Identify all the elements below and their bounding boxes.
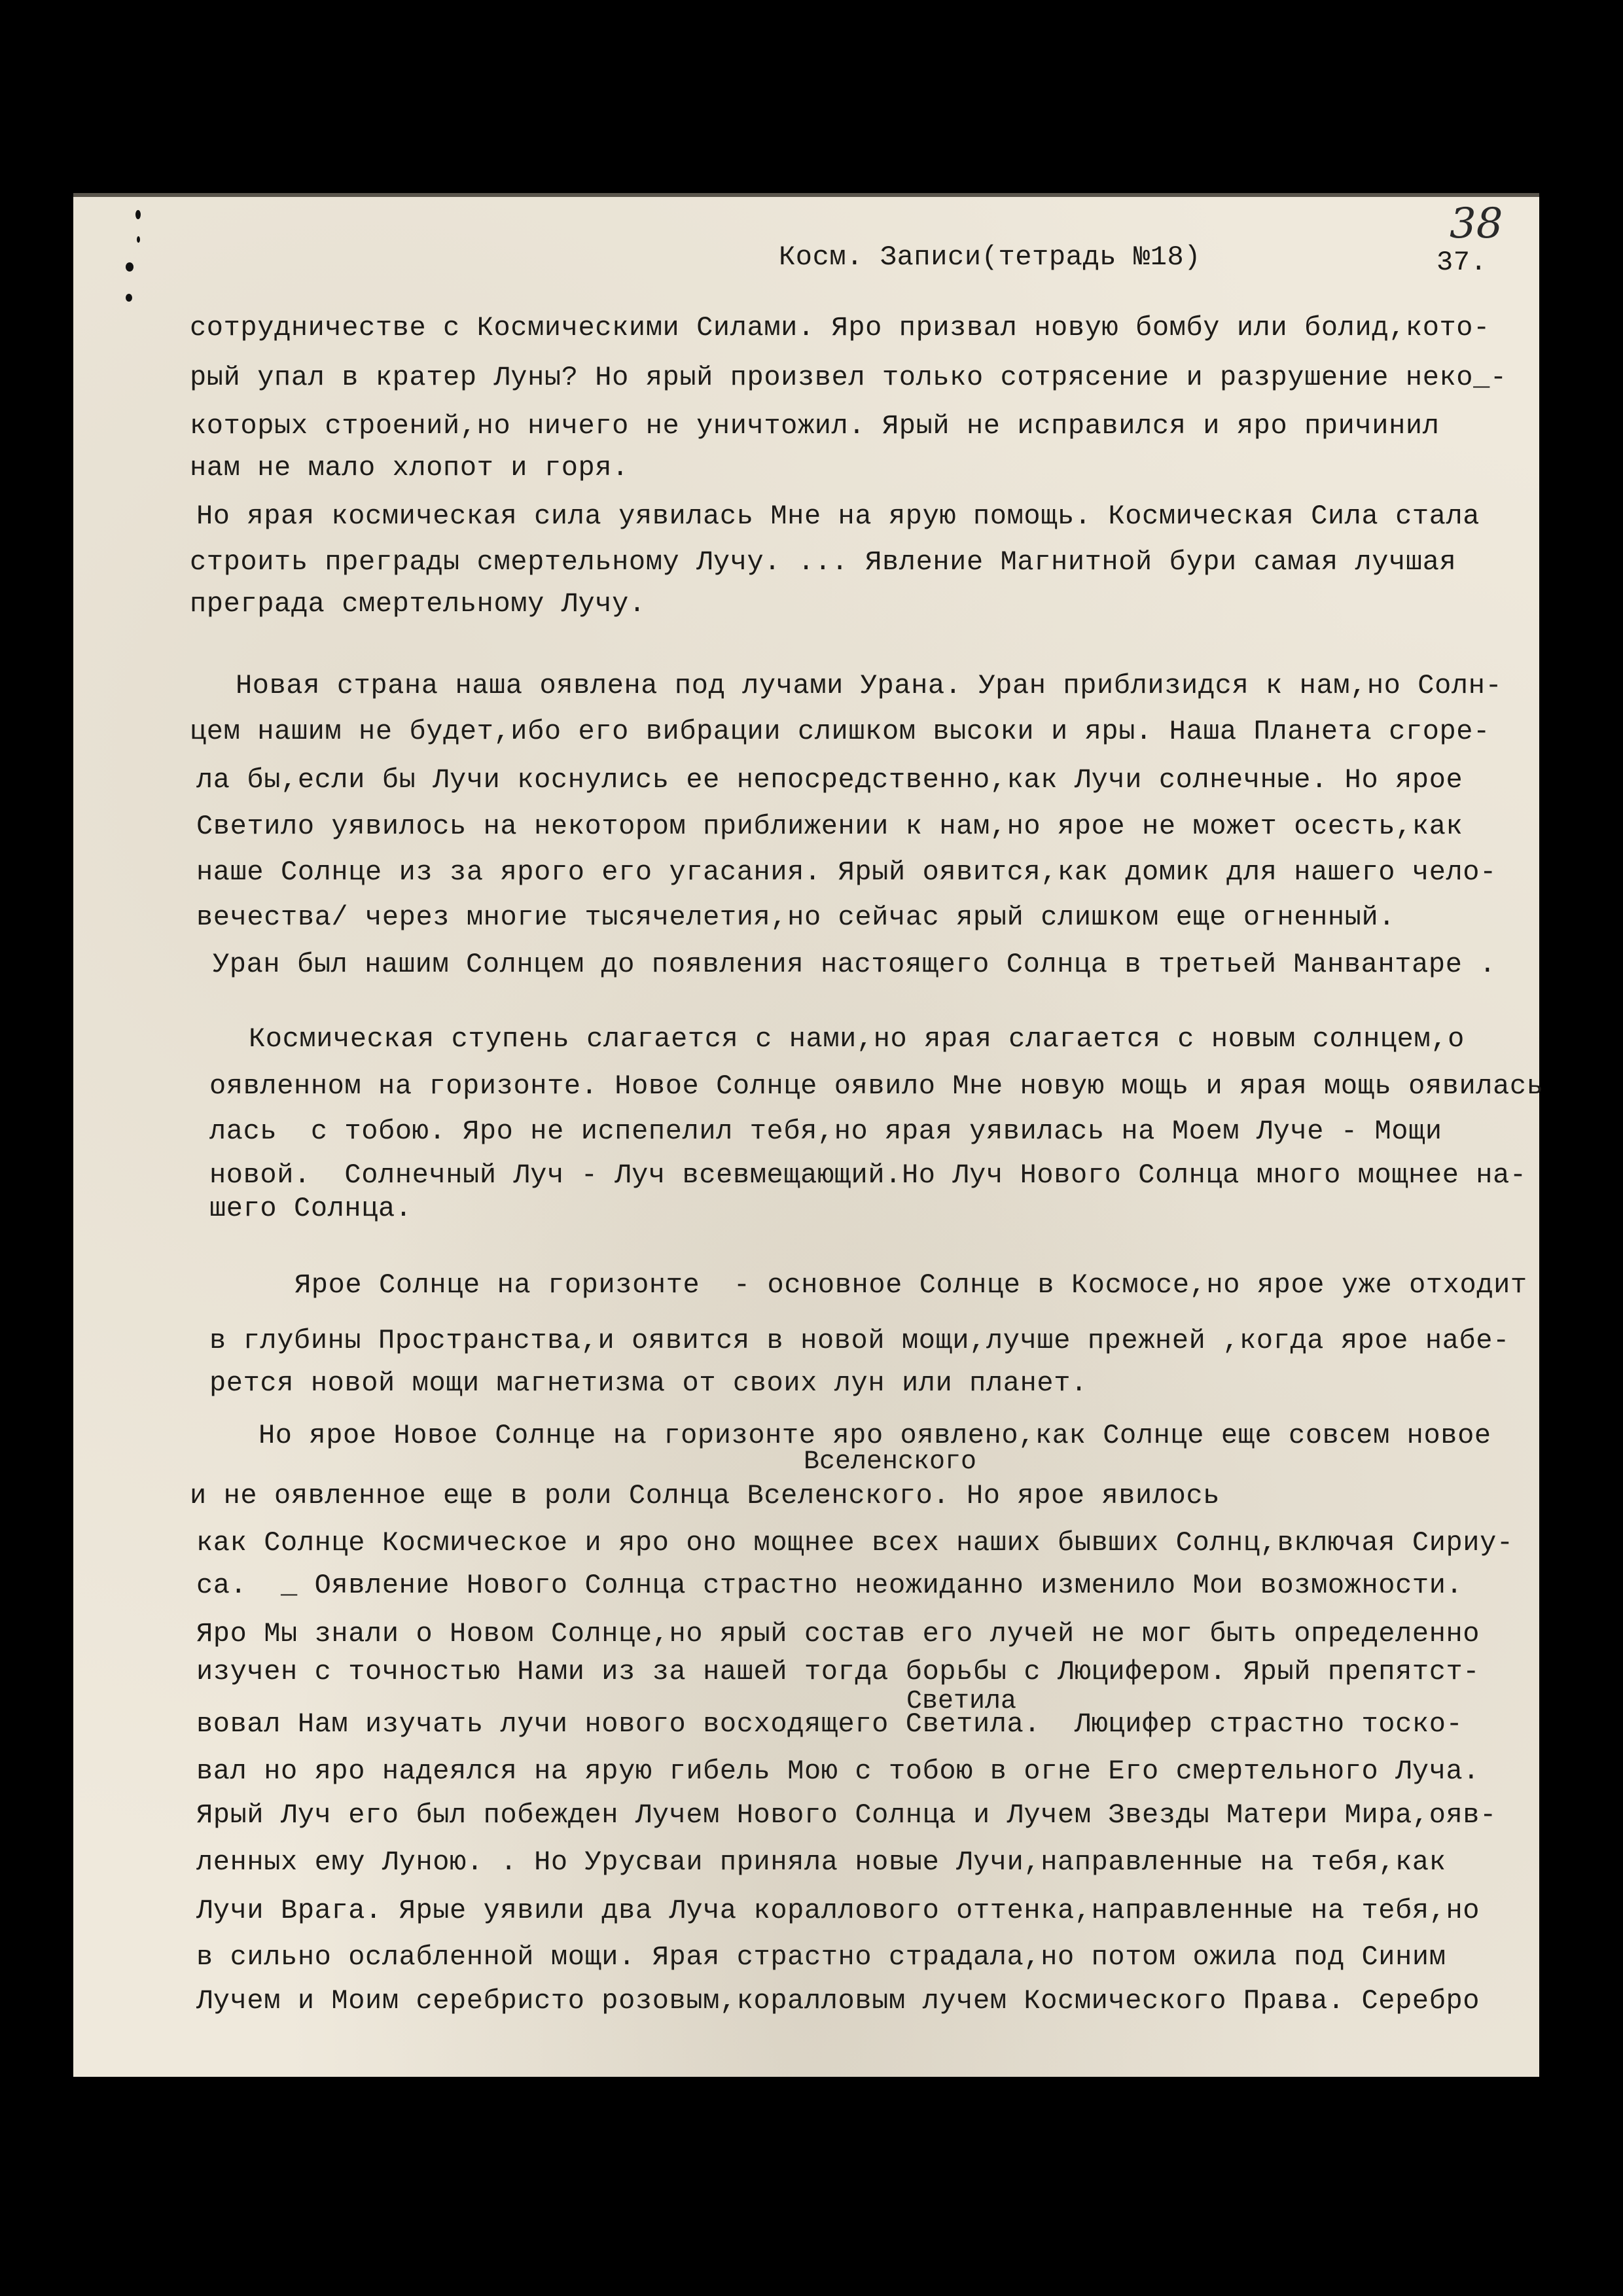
text-line: сотрудничестве с Космическими Силами. Яр… (190, 314, 1490, 342)
punch-hole-mark (135, 210, 141, 219)
text-line: са. _ Оявление Нового Солнца страстно не… (196, 1572, 1463, 1599)
text-line: Лучем и Моим серебристо розовым,кораллов… (196, 1987, 1480, 2015)
text-line: Яро Мы знали о Новом Солнце,но ярый сост… (196, 1620, 1480, 1648)
inserted-word-svetila: Светила (906, 1687, 1016, 1716)
text-line: Космическая ступень слагается с нами,но … (249, 1025, 1465, 1053)
text-line: Светило уявилось на некотором приближени… (196, 813, 1463, 840)
text-line: новой. Солнечный Луч - Луч всевмещающий.… (209, 1161, 1527, 1189)
text-line: которых строений,но ничего не уничтожил.… (190, 412, 1440, 440)
text-line: Ярое Солнце на горизонте - основное Солн… (294, 1271, 1527, 1299)
text-line: как Солнце Космическое и яро оно мощнее … (196, 1529, 1514, 1557)
text-line: строить преграды смертельному Лучу. ... … (190, 548, 1456, 576)
text-line: в глубины Пространства,и оявится в новой… (209, 1327, 1510, 1354)
text-line: Ярый Луч его был побежден Лучем Нового С… (196, 1801, 1497, 1829)
text-line: наше Солнце из за ярого его угасания. Яр… (196, 858, 1497, 886)
punch-hole-mark (137, 236, 140, 243)
text-line: изучен с точностью Нами из за нашей тогд… (196, 1658, 1480, 1686)
text-line: ленных ему Луною. . Но Урусвaи приняла н… (196, 1848, 1446, 1876)
header-title: Косм. Записи(тетрадь №18) (779, 243, 1201, 271)
text-line: Но ярое Новое Солнце на горизонте яро оя… (259, 1422, 1491, 1449)
text-line: вечества/ через многие тысячелетия,но се… (196, 904, 1395, 931)
text-line: преграда смертельному Лучу. (190, 590, 646, 618)
page-number-handwritten: 38 (1450, 200, 1503, 248)
text-line: лась с тобою. Яро не испепелил тебя,но я… (209, 1118, 1442, 1145)
text-line: шего Солнца. (209, 1195, 412, 1222)
punch-hole-mark (126, 262, 134, 272)
inserted-word-vselenskogo: Вселенского (804, 1447, 976, 1477)
text-line: Но ярая космическая сила уявилась Мне на… (196, 503, 1480, 530)
text-line: нам не мало хлопот и горя. (190, 454, 629, 482)
text-line: рый упал в кратер Луны? Но ярый произвел… (190, 364, 1507, 391)
page-number-typed: 37. (1436, 249, 1487, 276)
text-line: рется новой мощи магнетизма от своих лун… (209, 1369, 1088, 1397)
text-line: вовал Нам изучать лучи нового восходящег… (196, 1710, 1463, 1738)
text-line: Новая страна наша оявлена под лучами Ура… (236, 672, 1502, 699)
text-line: и не оявленное еще в роли Солнца Вселенс… (190, 1482, 1220, 1510)
text-line: вал но яро надеялся на ярую гибель Мою с… (196, 1757, 1480, 1785)
text-line: Уран был нашим Солнцем до появления наст… (213, 951, 1496, 978)
text-line: Лучи Врага. Ярые уявили два Луча коралло… (196, 1897, 1480, 1924)
punch-hole-mark (126, 294, 132, 302)
text-line: оявленном на горизонте. Новое Солнце ояв… (209, 1072, 1544, 1100)
text-line: цем нашим не будет,ибо его вибрации слиш… (190, 718, 1490, 745)
text-line: ла бы,если бы Лучи коснулись ее непосред… (196, 766, 1463, 794)
text-line: в сильно ослабленной мощи. Ярая страстно… (196, 1943, 1446, 1971)
